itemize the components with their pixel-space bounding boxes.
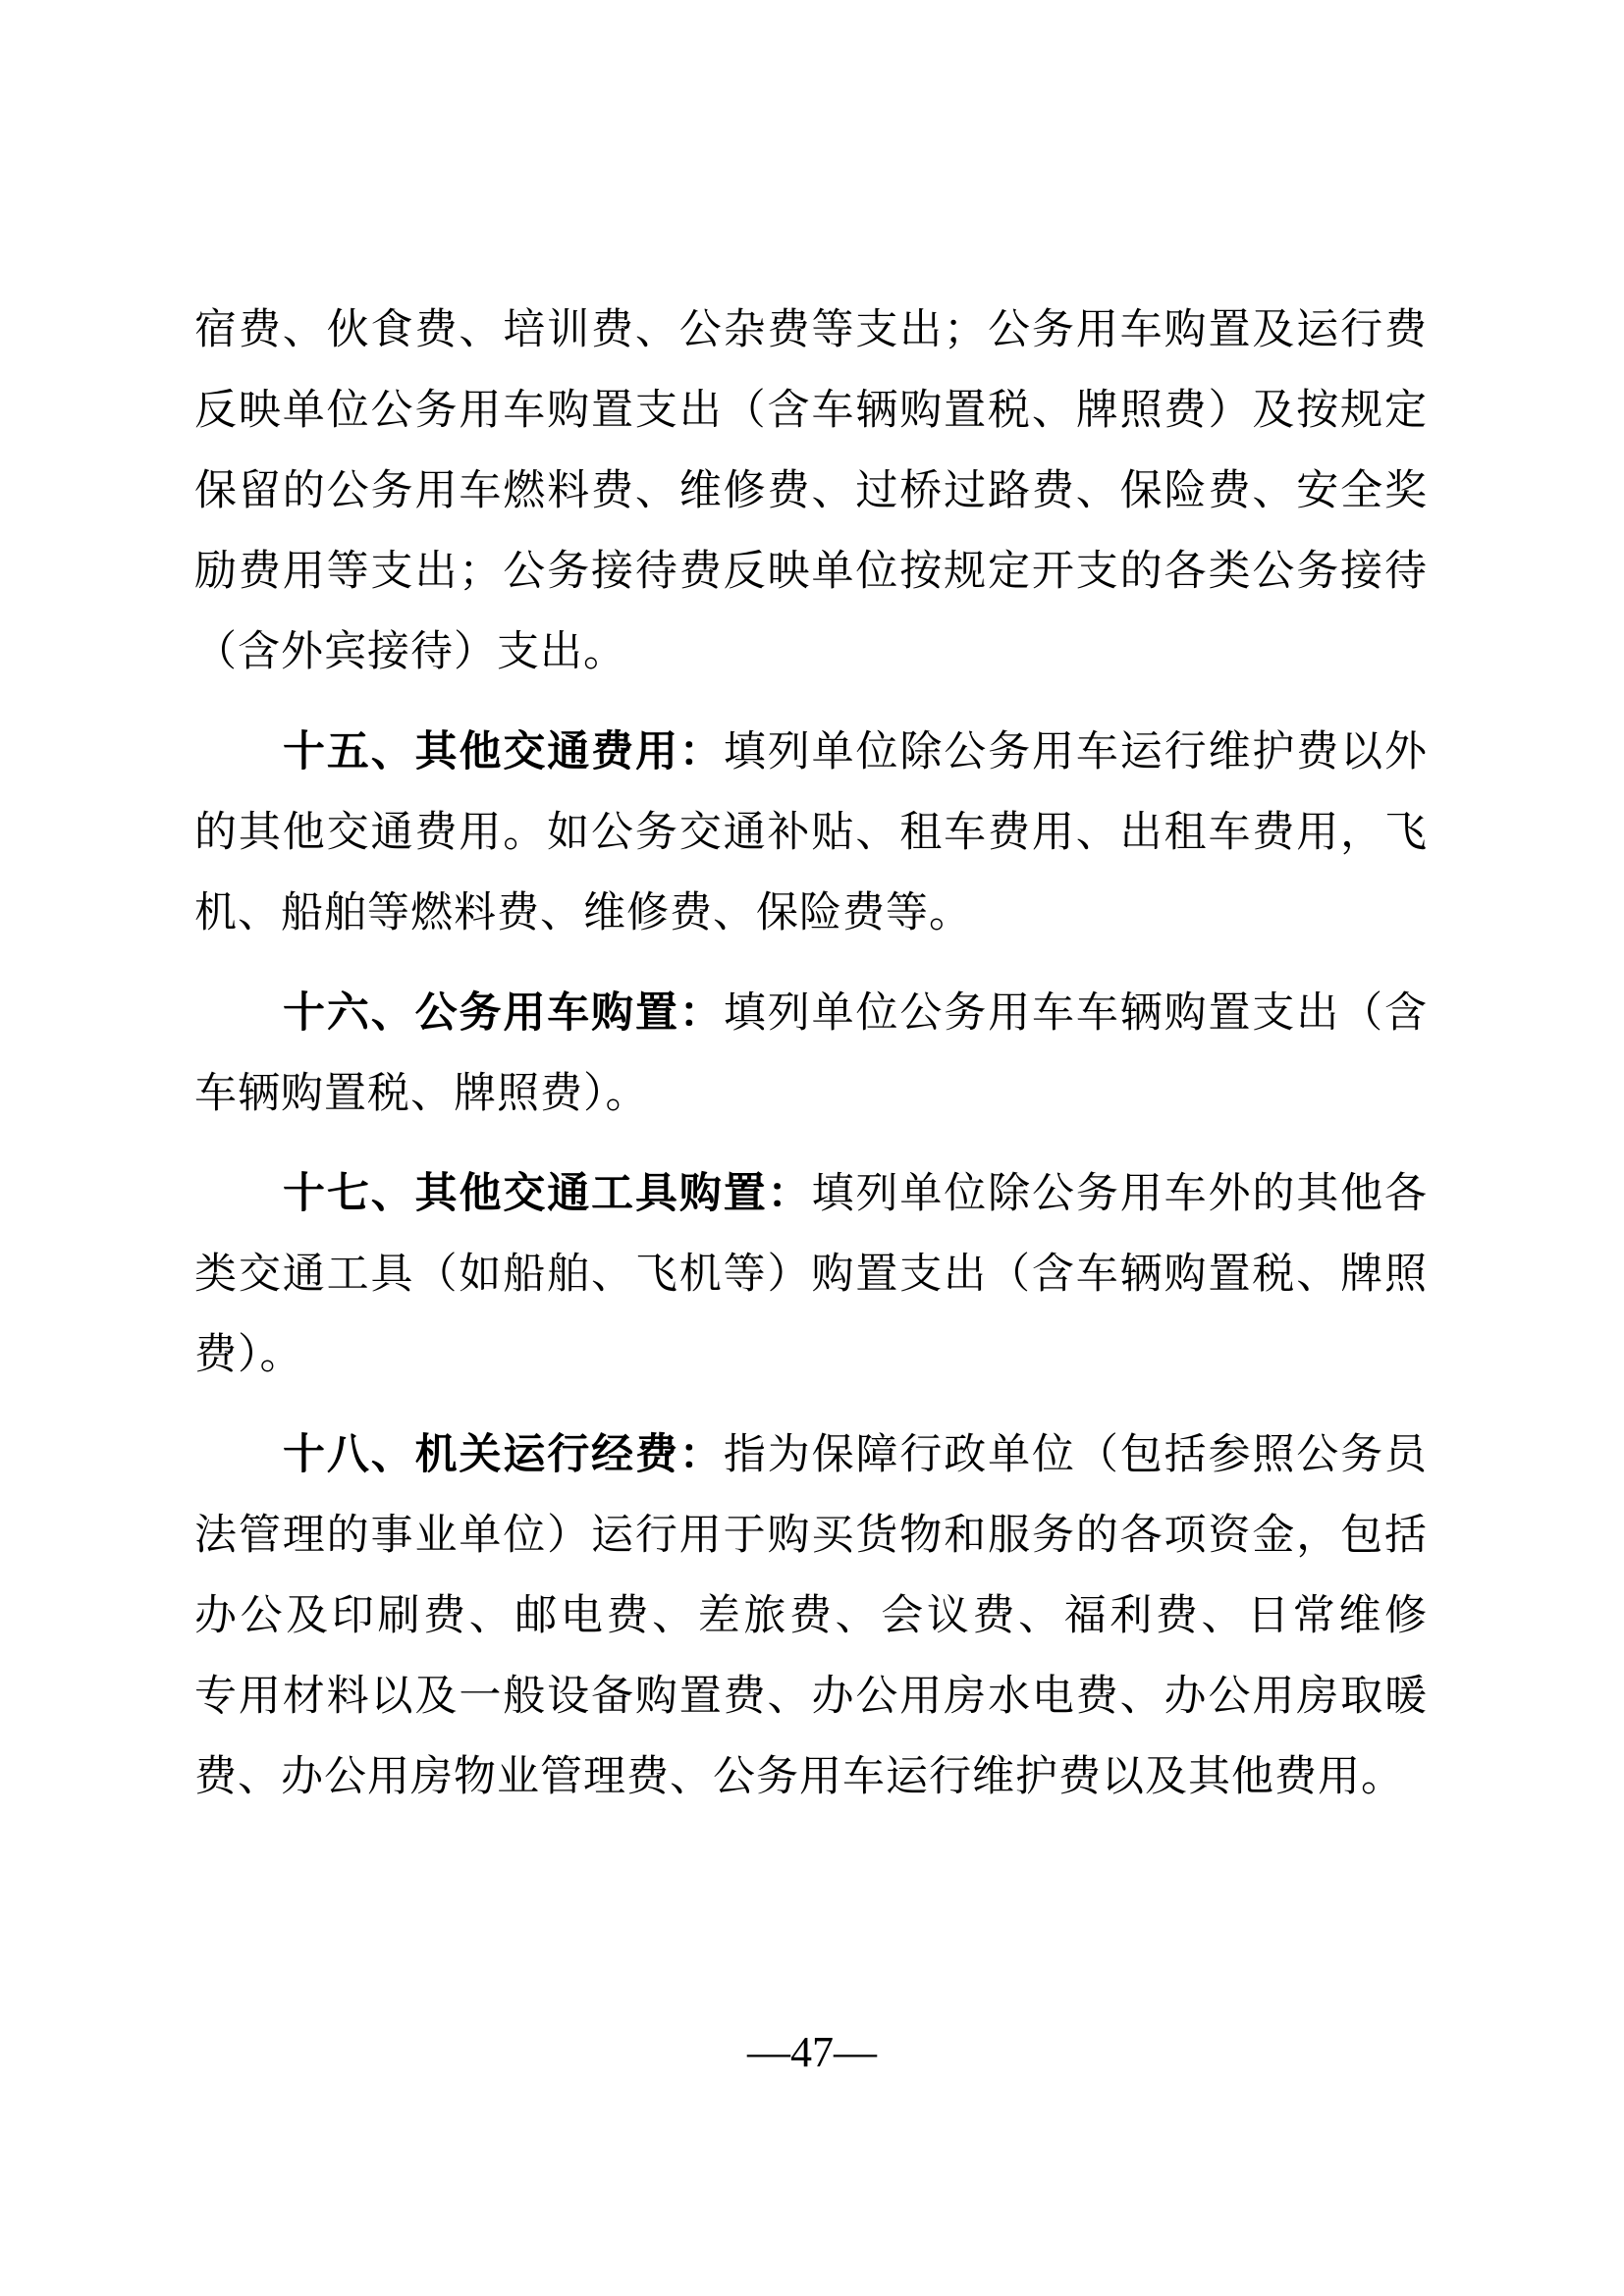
section-heading: 十八、机关运行经费： [283,1432,724,1478]
text-line: 保留的公务用车燃料费、维修费、过桥过路费、保险费、安全奖 [194,452,1428,532]
text-line: 十七、其他交通工具购置：填列单位除公务用车外的其他各 [194,1154,1428,1235]
text-line: 反映单位公务用车购置支出（含车辆购置税、牌照费）及按规定 [194,371,1428,452]
section-heading: 十七、其他交通工具购置： [283,1171,812,1217]
text-line: 的其他交通费用。如公务交通补贴、租车费用、出租车费用，飞 [194,793,1428,874]
section-heading: 十五、其他交通费用： [283,729,724,775]
text-line: 十八、机关运行经费：指为保障行政单位（包括参照公务员 [194,1415,1428,1496]
text-line: 机、船舶等燃料费、维修费、保险费等。 [194,874,1428,954]
text-line: 专用材料以及一般设备购置费、办公用房水电费、办公用房取暖 [194,1657,1428,1737]
text-line: 类交通工具（如船舶、飞机等）购置支出（含车辆购置税、牌照 [194,1235,1428,1315]
text-line: （含外宾接待）支出。 [194,613,1428,693]
text-line: 宿费、伙食费、培训费、公杂费等支出；公务用车购置及运行费 [194,291,1428,371]
section-17-other-transport-tools-purchase: 十七、其他交通工具购置：填列单位除公务用车外的其他各类交通工具（如船舶、飞机等）… [194,1154,1428,1396]
document-body: 宿费、伙食费、培训费、公杂费等支出；公务用车购置及运行费反映单位公务用车购置支出… [194,291,1428,1818]
section-15-other-transport-fees: 十五、其他交通费用：填列单位除公务用车运行维护费以外的其他交通费用。如公务交通补… [194,713,1428,954]
section-heading: 十六、公务用车购置： [283,990,724,1037]
text-line: 费、办公用房物业管理费、公务用车运行维护费以及其他费用。 [194,1737,1428,1818]
document-page: 宿费、伙食费、培训费、公杂费等支出；公务用车购置及运行费反映单位公务用车购置支出… [0,0,1624,2296]
text-line: 励费用等支出；公务接待费反映单位按规定开支的各类公务接待 [194,532,1428,613]
text-line: 十六、公务用车购置：填列单位公务用车车辆购置支出（含 [194,974,1428,1054]
section-18-agency-operating-funds: 十八、机关运行经费：指为保障行政单位（包括参照公务员法管理的事业单位）运行用于购… [194,1415,1428,1818]
text-line: 费）。 [194,1315,1428,1396]
continuation-paragraph: 宿费、伙食费、培训费、公杂费等支出；公务用车购置及运行费反映单位公务用车购置支出… [194,291,1428,693]
text-line: 十五、其他交通费用：填列单位除公务用车运行维护费以外 [194,713,1428,793]
section-16-official-vehicle-purchase: 十六、公务用车购置：填列单位公务用车车辆购置支出（含车辆购置税、牌照费）。 [194,974,1428,1135]
text-line: 法管理的事业单位）运行用于购买货物和服务的各项资金，包括 [194,1496,1428,1576]
text-line: 车辆购置税、牌照费）。 [194,1054,1428,1135]
text-line: 办公及印刷费、邮电费、差旅费、会议费、福利费、日常维修费、 [194,1576,1428,1657]
page-number: —47— [0,2024,1624,2081]
